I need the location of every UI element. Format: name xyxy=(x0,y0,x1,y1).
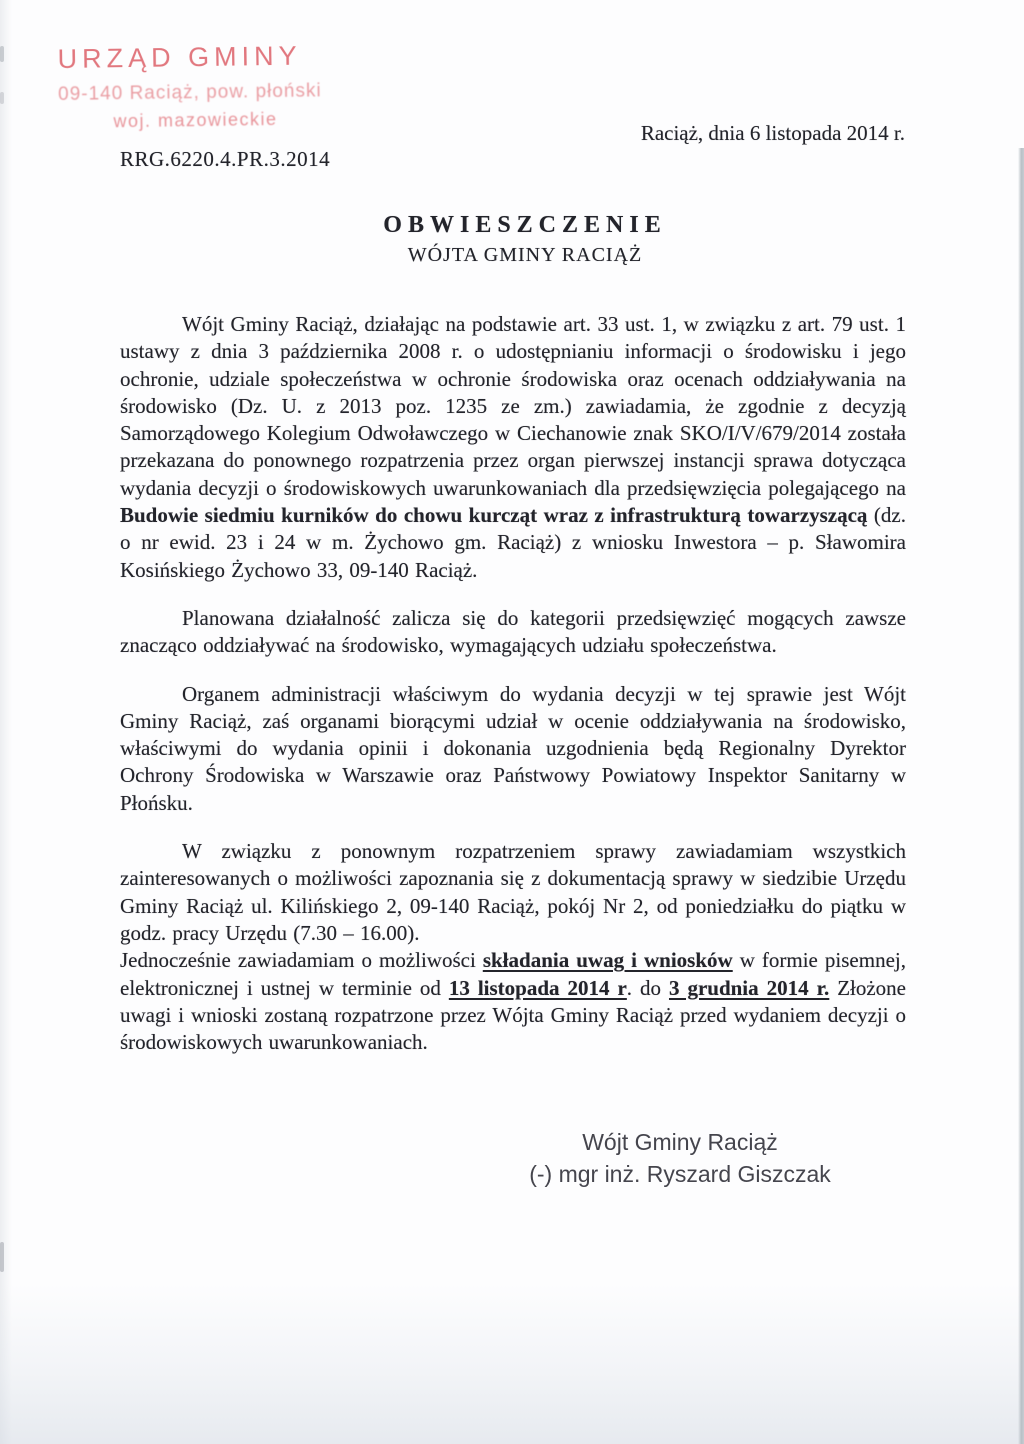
document-body: Wójt Gminy Raciąż, działając na podstawi… xyxy=(120,311,906,1077)
signature-block: Wójt Gminy Raciąż (-) mgr inż. Ryszard G… xyxy=(440,1126,920,1190)
title-block: OBWIESZCZENIE WÓJTA GMINY RACIĄŻ xyxy=(130,212,920,267)
scan-artifact-mark xyxy=(0,92,4,104)
signature-name: (-) mgr inż. Ryszard Giszczak xyxy=(440,1158,920,1190)
text-run-bold-underline-start-date: 13 listopada 2014 r xyxy=(449,976,627,1000)
document-title: OBWIESZCZENIE xyxy=(130,212,920,239)
stamp-office-name: URZĄD GMINY xyxy=(57,40,347,75)
scan-artifact-paper-edge xyxy=(1018,148,1024,1444)
text-run-bold-underline-submissions: składania uwag i wniosków xyxy=(483,948,733,972)
scan-artifact-left-shading xyxy=(0,0,12,1444)
scan-artifact-mark xyxy=(0,46,4,62)
scan-artifact-bottom-shading xyxy=(0,1284,1024,1444)
document-page: URZĄD GMINY 09-140 Raciąż, pow. płoński … xyxy=(0,0,1024,1444)
paragraph-authorities: Organem administracji właściwym do wydan… xyxy=(120,681,906,817)
stamp-voivodeship: woj. mazowieckie xyxy=(113,108,348,132)
scan-artifact-mark xyxy=(0,1242,4,1272)
stamp-address: 09-140 Raciąż, pow. płoński xyxy=(58,80,348,106)
document-date: Raciąż, dnia 6 listopada 2014 r. xyxy=(641,121,905,146)
office-stamp: URZĄD GMINY 09-140 Raciąż, pow. płoński … xyxy=(57,40,348,133)
text-run: . do xyxy=(627,976,669,1000)
document-subtitle: WÓJTA GMINY RACIĄŻ xyxy=(130,244,920,267)
paragraph-submission-info: Jednocześnie zawiadamiam o możliwości sk… xyxy=(120,947,906,1056)
text-run-bold-project-name: Budowie siedmiu kurników do chowu kurczą… xyxy=(120,503,867,527)
text-run: Jednocześnie zawiadamiam o możliwości xyxy=(120,948,483,972)
text-run: Wójt Gminy Raciąż, działając na podstawi… xyxy=(120,312,906,500)
paragraph-legal-basis: Wójt Gminy Raciąż, działając na podstawi… xyxy=(120,311,906,584)
reference-number: RRG.6220.4.PR.3.2014 xyxy=(120,147,330,172)
text-run-bold-underline-end-date: 3 grudnia 2014 r. xyxy=(669,976,829,1000)
paragraph-activity-category: Planowana działalność zalicza się do kat… xyxy=(120,605,906,660)
paragraph-inspection-info: W związku z ponownym rozpatrzeniem spraw… xyxy=(120,838,906,947)
signature-title: Wójt Gminy Raciąż xyxy=(440,1126,920,1158)
